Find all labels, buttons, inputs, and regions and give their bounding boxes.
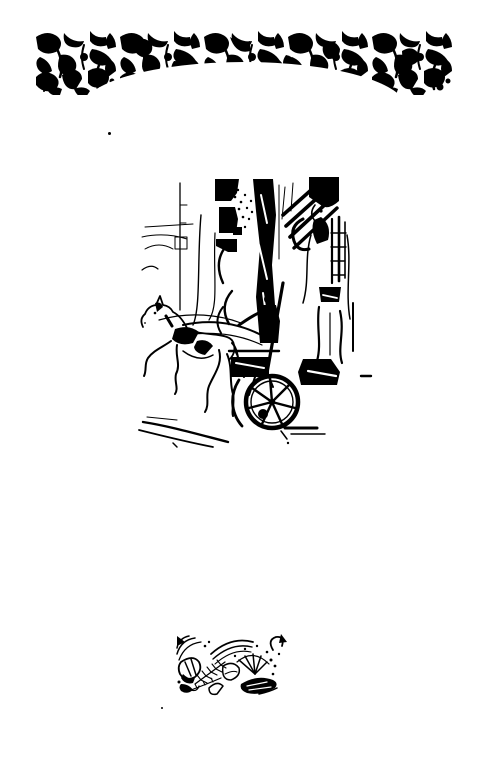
illustration [135,175,375,450]
book-page [0,0,488,778]
horse-cart-drawing-icon [135,175,375,450]
floral-tailpiece-woodcut-icon [175,631,292,696]
tailpiece-ornament [175,631,292,696]
ink-speck [108,132,111,135]
floral-headpiece-woodcut-icon [34,31,455,95]
ink-speck [161,707,163,709]
headpiece-ornament [34,31,455,95]
